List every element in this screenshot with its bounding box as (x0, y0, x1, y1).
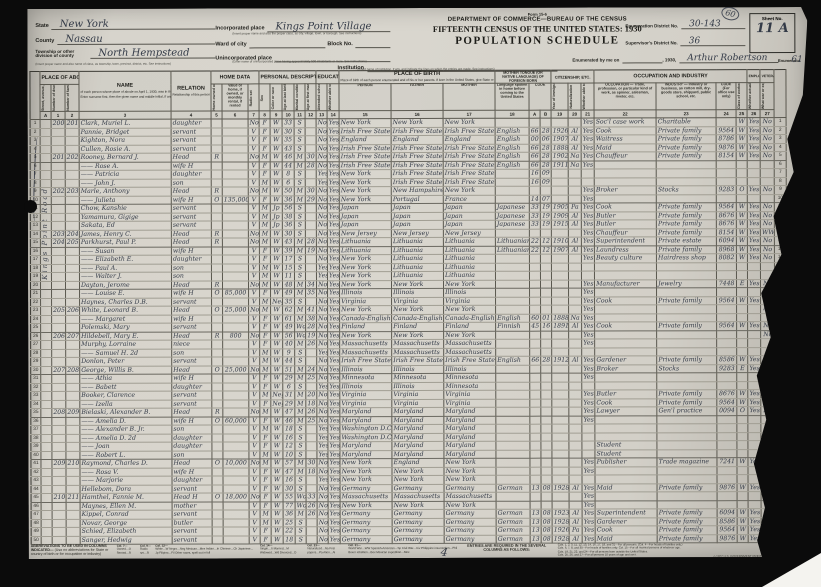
table-cell: Lithuania (392, 271, 444, 280)
table-cell: W (270, 263, 282, 272)
table-cell: Lithuania (444, 254, 496, 263)
table-cell (212, 502, 223, 511)
table-cell: Irish Free State (443, 127, 495, 136)
table-cell: Yes (328, 289, 340, 298)
table-cell: servant (172, 400, 212, 409)
table-cell (737, 262, 748, 271)
table-cell (223, 340, 249, 349)
table-cell: New York (340, 501, 392, 510)
table-cell: New York (340, 272, 392, 281)
table-cell: F (259, 136, 270, 145)
table-cell: Na (568, 152, 581, 161)
table-cell: V (248, 263, 259, 272)
table-cell (65, 170, 79, 179)
table-cell: Irish Free State (339, 144, 391, 153)
table-cell: W (737, 509, 748, 518)
table-cell (66, 510, 80, 519)
table-cell: Private family (656, 152, 716, 161)
table-cell: 45 (530, 322, 541, 331)
table-cell: M (259, 212, 270, 221)
table-cell: 22 (283, 527, 295, 536)
table-cell: S (295, 484, 306, 493)
table-cell: M (259, 153, 270, 162)
table-cell: daughter (172, 476, 212, 485)
table-cell: Yes (328, 510, 340, 519)
table-cell: Gen'l practice (657, 407, 717, 416)
table-cell: Private family (657, 483, 717, 492)
street-cell (40, 264, 51, 273)
table-cell: F (260, 442, 271, 451)
table-cell: Butler (594, 220, 656, 229)
table-cell: No (761, 322, 775, 331)
table-cell (66, 502, 80, 511)
table-cell: V (249, 289, 260, 298)
table-cell: O (212, 417, 223, 426)
table-cell: 1910 (551, 237, 568, 246)
row-number-right: 3 (774, 135, 786, 144)
table-cell: W (736, 211, 747, 220)
row-number-left: 31 (31, 374, 41, 383)
table-cell (305, 136, 316, 145)
table-cell: No (316, 238, 327, 247)
table-cell: 9564 (716, 126, 736, 135)
table-cell (306, 433, 317, 442)
table-cell: 85,000 (223, 289, 249, 298)
table-cell (541, 373, 552, 382)
table-cell: 1905 (551, 203, 568, 212)
table-cell (65, 136, 79, 145)
table-cell (569, 263, 582, 272)
table-cell: Yes (581, 118, 594, 127)
table-cell: 11 (283, 272, 295, 281)
table-cell (212, 434, 223, 443)
table-cell (51, 221, 65, 230)
table-cell: New York (444, 458, 496, 467)
table-cell: Maynes, Ellen M. (80, 502, 172, 511)
table-cell: —— Athia (80, 374, 172, 383)
table-cell: O (736, 186, 747, 195)
table-cell: 29 (283, 399, 295, 408)
enumerated-label: Enumerated by me on (572, 59, 619, 64)
table-cell: Yes (328, 450, 340, 459)
table-cell (657, 500, 717, 509)
table-cell: 9 (283, 348, 295, 357)
col-number: B (540, 110, 551, 118)
table-cell (657, 441, 717, 450)
table-cell: Maryland (392, 424, 444, 433)
table-cell (737, 449, 748, 458)
table-cell: 6 (283, 382, 295, 391)
table-cell: Private family (656, 135, 716, 144)
table-cell: Private family (657, 398, 717, 407)
table-cell: daughter (172, 442, 212, 451)
table-cell: 9564 (717, 322, 737, 331)
table-cell (552, 416, 569, 425)
table-cell: Butler (595, 390, 657, 399)
table-cell: No (317, 467, 328, 476)
table-cell: M (260, 391, 271, 400)
table-cell: R (211, 230, 222, 239)
abbrev-key: Col. 7—Owned…O Rented…R (117, 545, 136, 558)
table-cell (222, 153, 248, 162)
table-cell: 19 (305, 246, 316, 255)
table-cell (541, 399, 552, 408)
table-cell: 204 (51, 238, 65, 247)
table-cell (569, 365, 582, 374)
table-cell (305, 229, 316, 238)
table-cell: Yes (328, 425, 340, 434)
table-cell (716, 177, 736, 186)
table-cell: 8154 (716, 228, 736, 237)
enumerated-year: , 1930, (662, 59, 676, 64)
group-education: EDUCATION (316, 71, 339, 84)
table-cell (541, 475, 552, 484)
table-cell (569, 407, 582, 416)
row-number-right: 8 (774, 177, 786, 186)
table-cell: 205 (52, 306, 66, 315)
table-cell: Head (172, 408, 212, 417)
table-cell (595, 271, 657, 280)
row-number-left: 37 (31, 425, 41, 434)
table-cell (212, 476, 223, 485)
table-cell (541, 331, 552, 340)
table-cell: 43 (282, 238, 294, 247)
table-cell: Lithuania (443, 237, 495, 246)
table-cell: Al (568, 127, 581, 136)
table-cell (716, 118, 736, 127)
table-cell (736, 177, 747, 186)
table-cell: M (260, 408, 271, 417)
row-number-left: 22 (31, 298, 41, 307)
table-cell (569, 450, 582, 459)
table-cell: V (249, 484, 260, 493)
table-cell: Maryland (444, 441, 496, 450)
table-cell: W (271, 535, 283, 544)
table-cell: Germany (392, 518, 444, 527)
street-cell (41, 408, 52, 417)
table-cell: M (260, 365, 271, 374)
table-cell: —— Robert L. (80, 451, 172, 460)
table-cell (761, 441, 775, 450)
table-cell: W (736, 237, 747, 246)
table-cell: 202 (51, 187, 65, 196)
table-cell: V (248, 195, 259, 204)
table-cell (211, 128, 222, 137)
table-cell: Japanese (495, 220, 529, 229)
table-cell: Virginia (444, 390, 496, 399)
table-cell (761, 313, 775, 322)
table-cell (594, 177, 656, 186)
table-cell (552, 305, 569, 314)
table-cell (496, 407, 530, 416)
table-cell: 26 (306, 510, 317, 519)
table-cell: Virginia (392, 399, 444, 408)
table-cell: Yes (747, 186, 760, 195)
table-cell: Massachusetts (444, 348, 496, 357)
table-cell: Finnish (496, 322, 530, 331)
table-cell (657, 339, 717, 348)
table-cell: servant (171, 136, 211, 145)
table-cell (748, 305, 761, 314)
street-cell (40, 221, 51, 230)
table-cell: No (248, 238, 259, 247)
table-cell: Na (568, 161, 581, 170)
table-cell: 66 (530, 356, 541, 365)
table-cell: 08 (541, 509, 552, 518)
table-cell: W (736, 203, 747, 212)
table-cell: New York (339, 170, 391, 179)
table-cell: Head (171, 153, 211, 162)
row-number-right: 24 (775, 313, 787, 322)
table-cell: wife H (172, 468, 212, 477)
table-cell: W (737, 296, 748, 305)
table-cell: Yes (328, 331, 340, 340)
street-cell (40, 153, 51, 162)
table-cell: M (295, 416, 306, 425)
table-cell (496, 254, 530, 263)
row-number-right: 21 (775, 288, 787, 297)
table-cell (212, 519, 223, 528)
table-cell: 28 (306, 323, 317, 332)
row-number-left: 32 (31, 383, 41, 392)
table-cell: Illinois (340, 365, 392, 374)
table-cell (760, 160, 774, 169)
table-cell: 33 (306, 493, 317, 502)
street-cell (40, 281, 51, 290)
table-cell: 16 (283, 433, 295, 442)
row-number-right: 46 (775, 500, 787, 509)
table-cell (223, 382, 249, 391)
table-cell (595, 432, 657, 441)
table-cell: Germany (340, 510, 392, 519)
table-cell: Yes (582, 288, 595, 297)
table-cell (748, 466, 761, 475)
street-cell (41, 357, 52, 366)
table-cell (305, 204, 316, 213)
table-cell (552, 382, 569, 391)
street-cell (40, 128, 51, 137)
table-cell: W (270, 195, 282, 204)
table-cell (657, 466, 717, 475)
table-cell: 08 (541, 535, 552, 544)
table-cell: 07 (540, 195, 551, 204)
table-cell: 200 (51, 119, 65, 128)
table-cell: 8586 (717, 356, 737, 365)
table-cell: Virginia (392, 297, 444, 306)
table-cell: —— Joan (80, 442, 172, 451)
table-cell: M (295, 399, 306, 408)
table-cell: No (317, 289, 328, 298)
table-cell: 1915 (551, 220, 568, 229)
table-cell: Gardener (595, 356, 657, 365)
table-cell: 36 (282, 221, 294, 230)
table-cell: 10 (283, 450, 295, 459)
table-cell: 47 (283, 467, 295, 476)
table-cell: New York (340, 280, 392, 289)
table-cell: Japanese (495, 203, 529, 212)
table-cell: 1926 (551, 127, 568, 136)
table-cell: S (294, 221, 305, 230)
table-cell: 60,000 (223, 416, 249, 425)
row-number-right: 18 (775, 262, 787, 271)
row-number-left: 16 (30, 247, 40, 256)
table-cell: F (260, 467, 271, 476)
table-cell (737, 381, 748, 390)
table-cell: M (259, 238, 270, 247)
table-cell: O (212, 289, 223, 298)
table-cell: Private family (657, 245, 717, 254)
table-cell (52, 510, 66, 519)
table-cell (717, 492, 737, 501)
table-cell: Yes (582, 399, 595, 408)
table-cell: 9876 (717, 483, 737, 492)
table-cell: Irish Free State (391, 161, 443, 170)
table-cell: Wd (295, 323, 306, 332)
table-cell (552, 450, 569, 459)
table-cell: 16 (541, 322, 552, 331)
table-cell (52, 485, 66, 494)
table-cell: 8586 (717, 517, 737, 526)
table-cell: No (317, 365, 328, 374)
table-cell (223, 374, 249, 383)
table-cell: No (761, 330, 775, 339)
table-cell: 28 (305, 238, 316, 247)
table-cell: W (271, 408, 283, 417)
table-cell: O (212, 493, 223, 502)
table-cell: Canada-English (392, 314, 444, 323)
row-number-header-left (30, 71, 40, 119)
table-cell (66, 417, 80, 426)
table-cell (717, 339, 737, 348)
table-cell (541, 501, 552, 510)
table-cell: V (249, 357, 260, 366)
table-cell: W (271, 348, 283, 357)
table-cell: Irish Free State (391, 178, 443, 187)
table-cell: Yes (317, 433, 328, 442)
table-cell: —— Julieta (79, 196, 171, 205)
table-cell (212, 510, 223, 519)
row-number-left: 23 (31, 306, 41, 315)
table-cell (52, 315, 66, 324)
table-cell: No (316, 144, 327, 153)
table-cell: Massachusetts (340, 493, 392, 502)
table-cell: 208 (66, 366, 80, 375)
table-cell (212, 485, 223, 494)
table-cell (52, 383, 66, 392)
table-cell: Yes (327, 195, 339, 204)
table-cell: V (249, 510, 260, 519)
row-number-right: 42 (775, 466, 787, 475)
table-cell (306, 382, 317, 391)
table-cell: 201 (65, 119, 79, 128)
table-cell: V (249, 416, 260, 425)
table-cell: 46 (283, 416, 295, 425)
table-cell: No (761, 364, 775, 373)
table-cell (496, 280, 530, 289)
table-cell: V (249, 314, 260, 323)
table-cell: Yes (582, 305, 595, 314)
table-cell (496, 348, 530, 357)
table-cell: Yamamura, Gigige (79, 213, 171, 222)
table-cell: New York (392, 501, 444, 510)
table-cell (737, 347, 748, 356)
street-cell (40, 238, 51, 247)
table-cell: Irish Free State (391, 152, 443, 161)
table-cell: —— Amelia D. 2d (80, 434, 172, 443)
street-cell (40, 204, 51, 213)
table-cell: 61 (283, 314, 295, 323)
table-cell: Yes (328, 493, 340, 502)
sub-street: Street, avenue, road, etc. (40, 84, 51, 111)
table-cell: Yes (581, 203, 594, 212)
row-number-left: 39 (31, 442, 41, 451)
street-cell (41, 519, 52, 528)
table-cell: Yes (581, 152, 594, 161)
table-cell: Yes (327, 144, 339, 153)
table-cell: W (271, 425, 283, 434)
table-cell (530, 407, 541, 416)
group-citizenship: CITIZENSHIP, ETC. (551, 70, 594, 83)
table-cell: 26 (306, 340, 317, 349)
table-cell (223, 391, 249, 400)
table-cell: Maryland (340, 442, 392, 451)
table-cell: Maryland (392, 441, 444, 450)
table-cell: F (259, 161, 270, 170)
col-number: 6 (222, 111, 248, 119)
table-cell (306, 442, 317, 451)
sub-tongue: Language spoken in home before coming to… (495, 83, 529, 110)
table-cell: New York (392, 475, 444, 484)
table-cell: Yes (328, 306, 340, 315)
table-cell: F (260, 340, 271, 349)
table-cell: son (172, 451, 212, 460)
table-cell: V (248, 272, 259, 281)
table-cell (569, 254, 582, 263)
table-cell (222, 212, 248, 221)
table-cell: S (295, 527, 306, 536)
table-cell: V (249, 527, 260, 536)
table-cell (66, 374, 80, 383)
table-cell (717, 347, 737, 356)
table-cell: F (259, 246, 270, 255)
table-cell: W (271, 382, 283, 391)
table-cell (569, 467, 582, 476)
table-cell (211, 221, 222, 230)
table-cell (306, 348, 317, 357)
table-cell: Germany (392, 509, 444, 518)
table-cell (595, 305, 657, 314)
table-cell: 66 (529, 161, 540, 170)
table-cell: V (249, 450, 260, 459)
table-cell: M (294, 161, 305, 170)
table-cell (761, 466, 775, 475)
table-cell: Yes (581, 127, 594, 136)
table-cell: New York (339, 195, 391, 204)
table-cell (496, 373, 530, 382)
table-cell: 8786 (716, 135, 736, 144)
table-cell: No (761, 534, 775, 543)
table-cell: James, Henry C. (79, 230, 171, 239)
table-cell (716, 160, 736, 169)
table-cell: 30 (305, 153, 316, 162)
table-cell (530, 441, 541, 450)
table-cell (65, 247, 79, 256)
table-cell (496, 271, 530, 280)
table-cell (717, 466, 737, 475)
table-cell: 8676 (716, 220, 736, 229)
table-cell: M (260, 459, 271, 468)
table-cell: W (737, 245, 748, 254)
